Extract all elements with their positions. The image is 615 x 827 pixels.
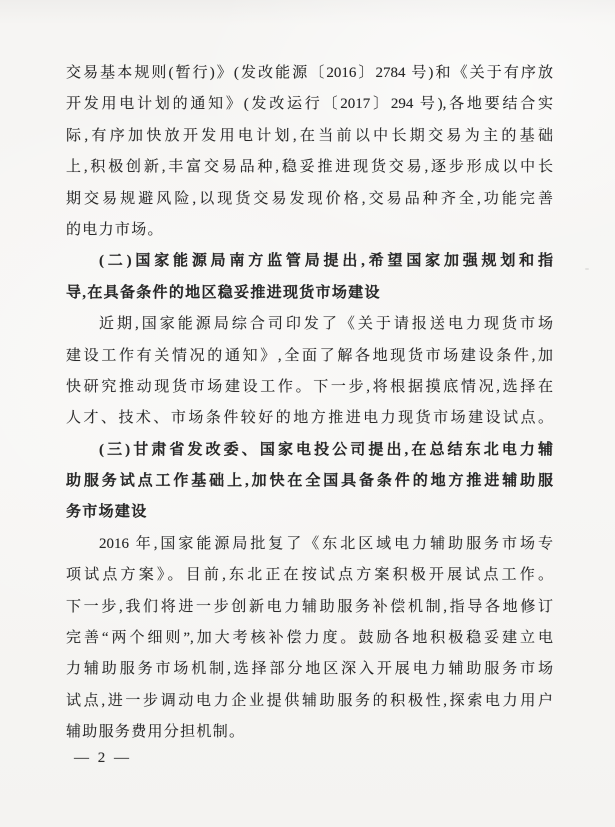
text-line: 期交易规避风险,以现货交易发现价格,交易品种齐全,功能完善 (66, 184, 553, 215)
text-line: 交易基本规则(暂行)》(发改能源〔2016〕2784 号)和《关于有序放 (66, 58, 553, 89)
section-heading-line: (三)甘肃省发改委、国家电投公司提出,在总结东北电力辅 (66, 435, 553, 466)
text-line: 快研究推动现货市场建设工作。下一步,将根据摸底情况,选择在 (66, 372, 553, 403)
section-heading-line: 助服务试点工作基础上,加快在全国具备条件的地方推进辅助服 (66, 466, 553, 497)
text-line: 力辅助服务市场机制,选择部分地区深入开展电力辅助服务市场 (66, 654, 553, 685)
scan-speck (539, 127, 542, 128)
section-heading-line: 务市场建设 (66, 497, 553, 528)
text-line: 际,有序加快放开发用电计划,在当前以中长期交易为主的基础 (66, 121, 553, 152)
text-line: 近期,国家能源局综合司印发了《关于请报送电力现货市场 (66, 309, 553, 340)
text-line: 人才、技术、市场条件较好的地方推进电力现货市场建设试点。 (66, 403, 553, 434)
text-line: 2016 年,国家能源局批复了《东北区域电力辅助服务市场专 (66, 529, 553, 560)
scan-speck (540, 74, 543, 76)
document-body: 交易基本规则(暂行)》(发改能源〔2016〕2784 号)和《关于有序放 开发用… (66, 58, 553, 749)
section-heading-line: 导,在具备条件的地区稳妥推进现货市场建设 (66, 278, 553, 309)
text-line: 开发用电计划的通知》(发改运行〔2017〕294 号),各地要结合实 (66, 89, 553, 120)
text-line: 项试点方案》。目前,东北正在按试点方案积极开展试点工作。 (66, 560, 553, 591)
page-number: — 2 — (74, 750, 132, 767)
text-line: 辅助服务费用分担机制。 (66, 717, 553, 748)
section-heading-line: (二)国家能源局南方监管局提出,希望国家加强规划和指 (66, 246, 553, 277)
text-line: 建设工作有关情况的通知》,全面了解各地现货市场建设条件,加 (66, 341, 553, 372)
text-line: 上,积极创新,丰富交易品种,稳妥推进现货交易,逐步形成以中长 (66, 152, 553, 183)
text-line: 完善“两个细则”,加大考核补偿力度。鼓励各地积极稳妥建立电 (66, 623, 553, 654)
document-page: 交易基本规则(暂行)》(发改能源〔2016〕2784 号)和《关于有序放 开发用… (0, 0, 615, 827)
text-line: 下一步,我们将进一步创新电力辅助服务补偿机制,指导各地修订 (66, 592, 553, 623)
text-line: 的电力市场。 (66, 215, 553, 246)
text-line: 试点,进一步调动电力企业提供辅助服务的积极性,探索电力用户 (66, 686, 553, 717)
scan-speck (585, 268, 589, 270)
